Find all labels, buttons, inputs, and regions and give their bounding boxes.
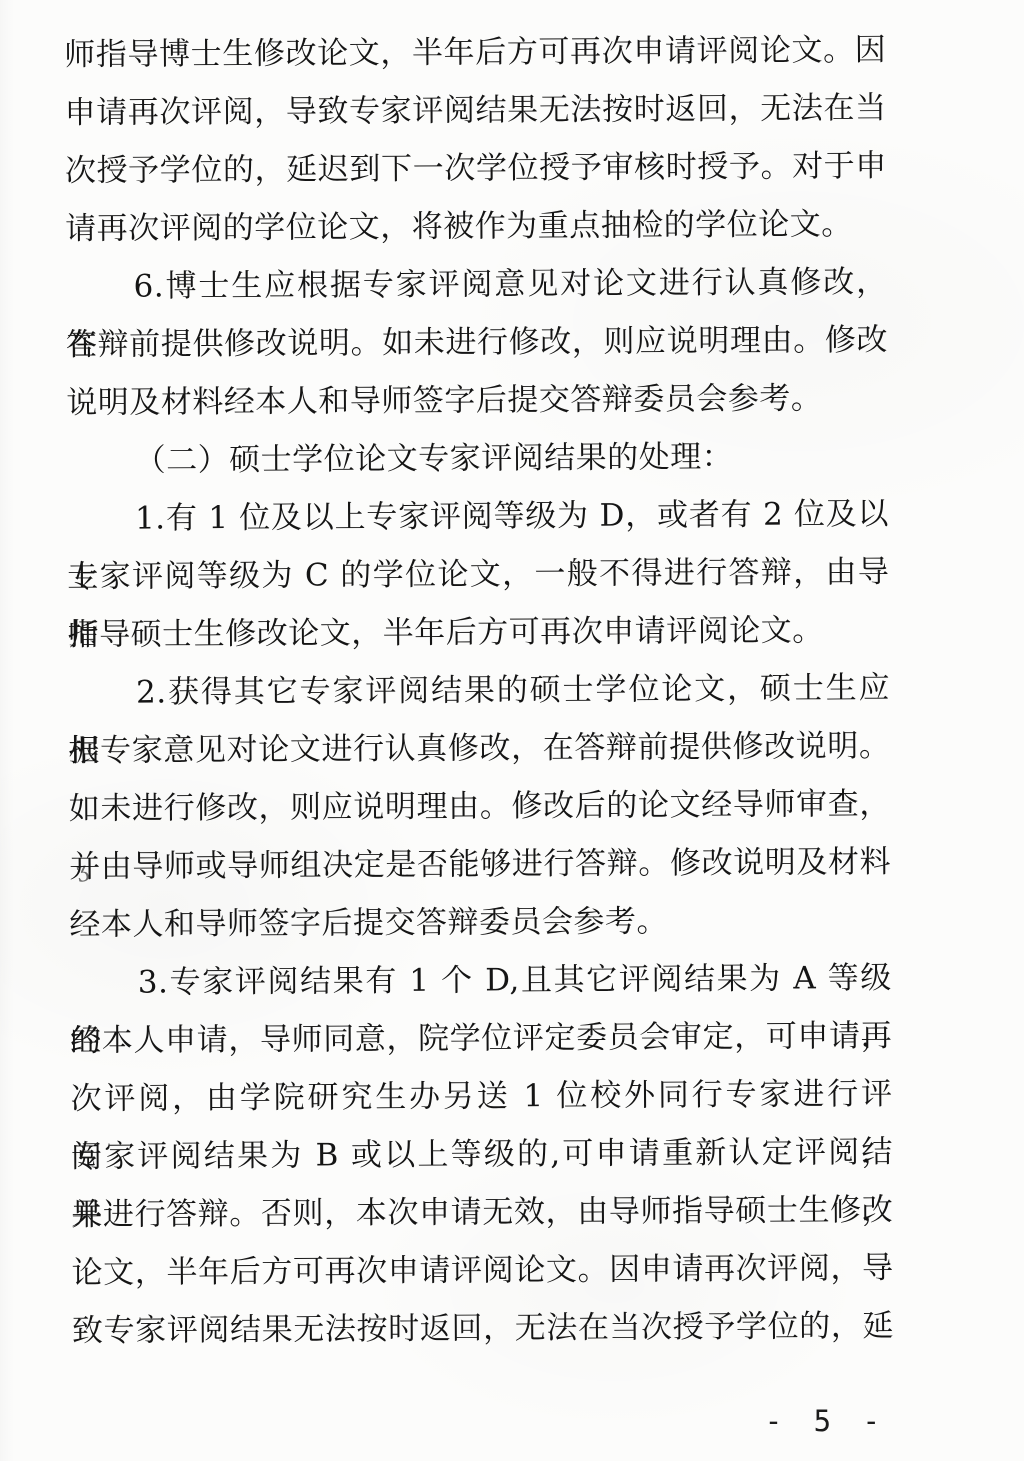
- text-line: 论文，半年后方可再次申请评阅论文。因申请再次评阅，导: [71, 1239, 893, 1302]
- text-line: 经本人申请，导师同意，院学位评定委员会审定，可申请再: [70, 1007, 892, 1070]
- text-line: 6.博士生应根据专家评阅意见对论文进行认真修改，在: [65, 253, 887, 316]
- scanned-document-page: ʒ 师指导博士生修改论文，半年后方可再次申请评阅论文。因申请再次评阅，导致专家评…: [0, 0, 1024, 1461]
- text-line: 指导硕士生修改论文，半年后方可再次申请评阅论文。: [68, 601, 890, 664]
- document-body: 师指导博士生修改论文，半年后方可再次申请评阅论文。因申请再次评阅，导致专家评阅结…: [64, 21, 894, 1360]
- text-line: 答辩前提供修改说明。如未进行修改，则应说明理由。修改: [66, 311, 888, 374]
- text-line: 致专家评阅结果无法按时返回，无法在当次授予学位的，延: [72, 1297, 894, 1360]
- text-line: 专家评阅等级为 C 的学位论文，一般不得进行答辩，由导师: [67, 543, 889, 606]
- text-line: 次评阅，由学院研究生办另送 1 位校外同行专家进行评阅，: [70, 1065, 892, 1128]
- text-line: 3.专家评阅结果有 1 个 D,且其它评阅结果为 A 等级的，: [70, 949, 892, 1012]
- text-line: 次授予学位的，延迟到下一次学位授予审核时授予。对于申: [65, 137, 887, 200]
- text-line: 专家评阅结果为 B 或以上等级的,可申请重新认定评阅结果，: [71, 1123, 893, 1186]
- text-line: 师指导博士生修改论文，半年后方可再次申请评阅论文。因: [64, 21, 886, 84]
- text-line: 申请再次评阅，导致专家评阅结果无法按时返回，无法在当: [64, 79, 886, 142]
- text-line: 1.有 1 位及以上专家评阅等级为 D，或者有 2 位及以上: [67, 485, 889, 548]
- page-number: - 5 -: [765, 1404, 882, 1438]
- text-line: 并由导师或导师组决定是否能够进行答辩。修改说明及材料: [69, 833, 891, 896]
- text-line: 据专家意见对论文进行认真修改，在答辩前提供修改说明。: [68, 717, 890, 780]
- text-line: 并进行答辩。否则，本次申请无效，由导师指导硕士生修改: [71, 1181, 893, 1244]
- text-line: 2.获得其它专家评阅结果的硕士学位论文，硕士生应根: [68, 659, 890, 722]
- text-line: 请再次评阅的学位论文，将被作为重点抽检的学位论文。: [65, 195, 887, 258]
- text-line: 说明及材料经本人和导师签字后提交答辩委员会参考。: [66, 369, 888, 432]
- text-line: （二）硕士学位论文专家评阅结果的处理：: [66, 427, 888, 490]
- text-line: 如未进行修改，则应说明理由。修改后的论文经导师审查，: [69, 775, 891, 838]
- text-line: 经本人和导师签字后提交答辩委员会参考。: [69, 891, 891, 954]
